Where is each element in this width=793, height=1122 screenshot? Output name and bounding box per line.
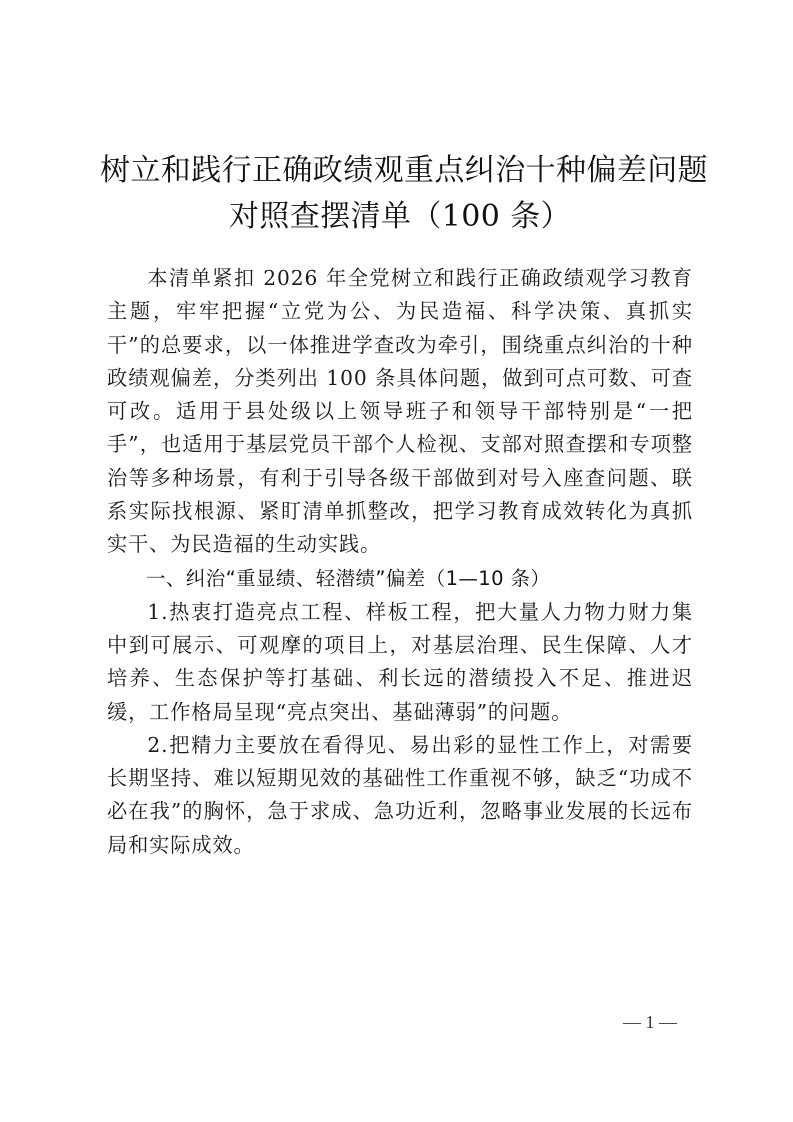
title-line-1: 树立和践行正确政绩观重点纠治十种偏差问题	[100, 148, 700, 194]
title-line-2: 对照查摆清单（100 条）	[100, 194, 700, 240]
intro-paragraph: 本清单紧扣 2026 年全党树立和践行正确政绩观学习教育主题，牢牢把握“立党为公…	[107, 262, 693, 562]
list-item-1: 1.热衷打造亮点工程、样板工程，把大量人力物力财力集中到可展示、可观摩的项目上，…	[107, 596, 693, 729]
document-body: 本清单紧扣 2026 年全党树立和践行正确政绩观学习教育主题，牢牢把握“立党为公…	[107, 262, 693, 862]
section-heading-1: 一、纠治“重显绩、轻潜绩”偏差（1—10 条）	[107, 562, 693, 596]
document-title: 树立和践行正确政绩观重点纠治十种偏差问题 对照查摆清单（100 条）	[100, 148, 700, 240]
page-number: — 1 —	[600, 1012, 700, 1033]
document-page: 树立和践行正确政绩观重点纠治十种偏差问题 对照查摆清单（100 条） 本清单紧扣…	[0, 0, 793, 1122]
list-item-2: 2.把精力主要放在看得见、易出彩的显性工作上，对需要长期坚持、难以短期见效的基础…	[107, 729, 693, 862]
